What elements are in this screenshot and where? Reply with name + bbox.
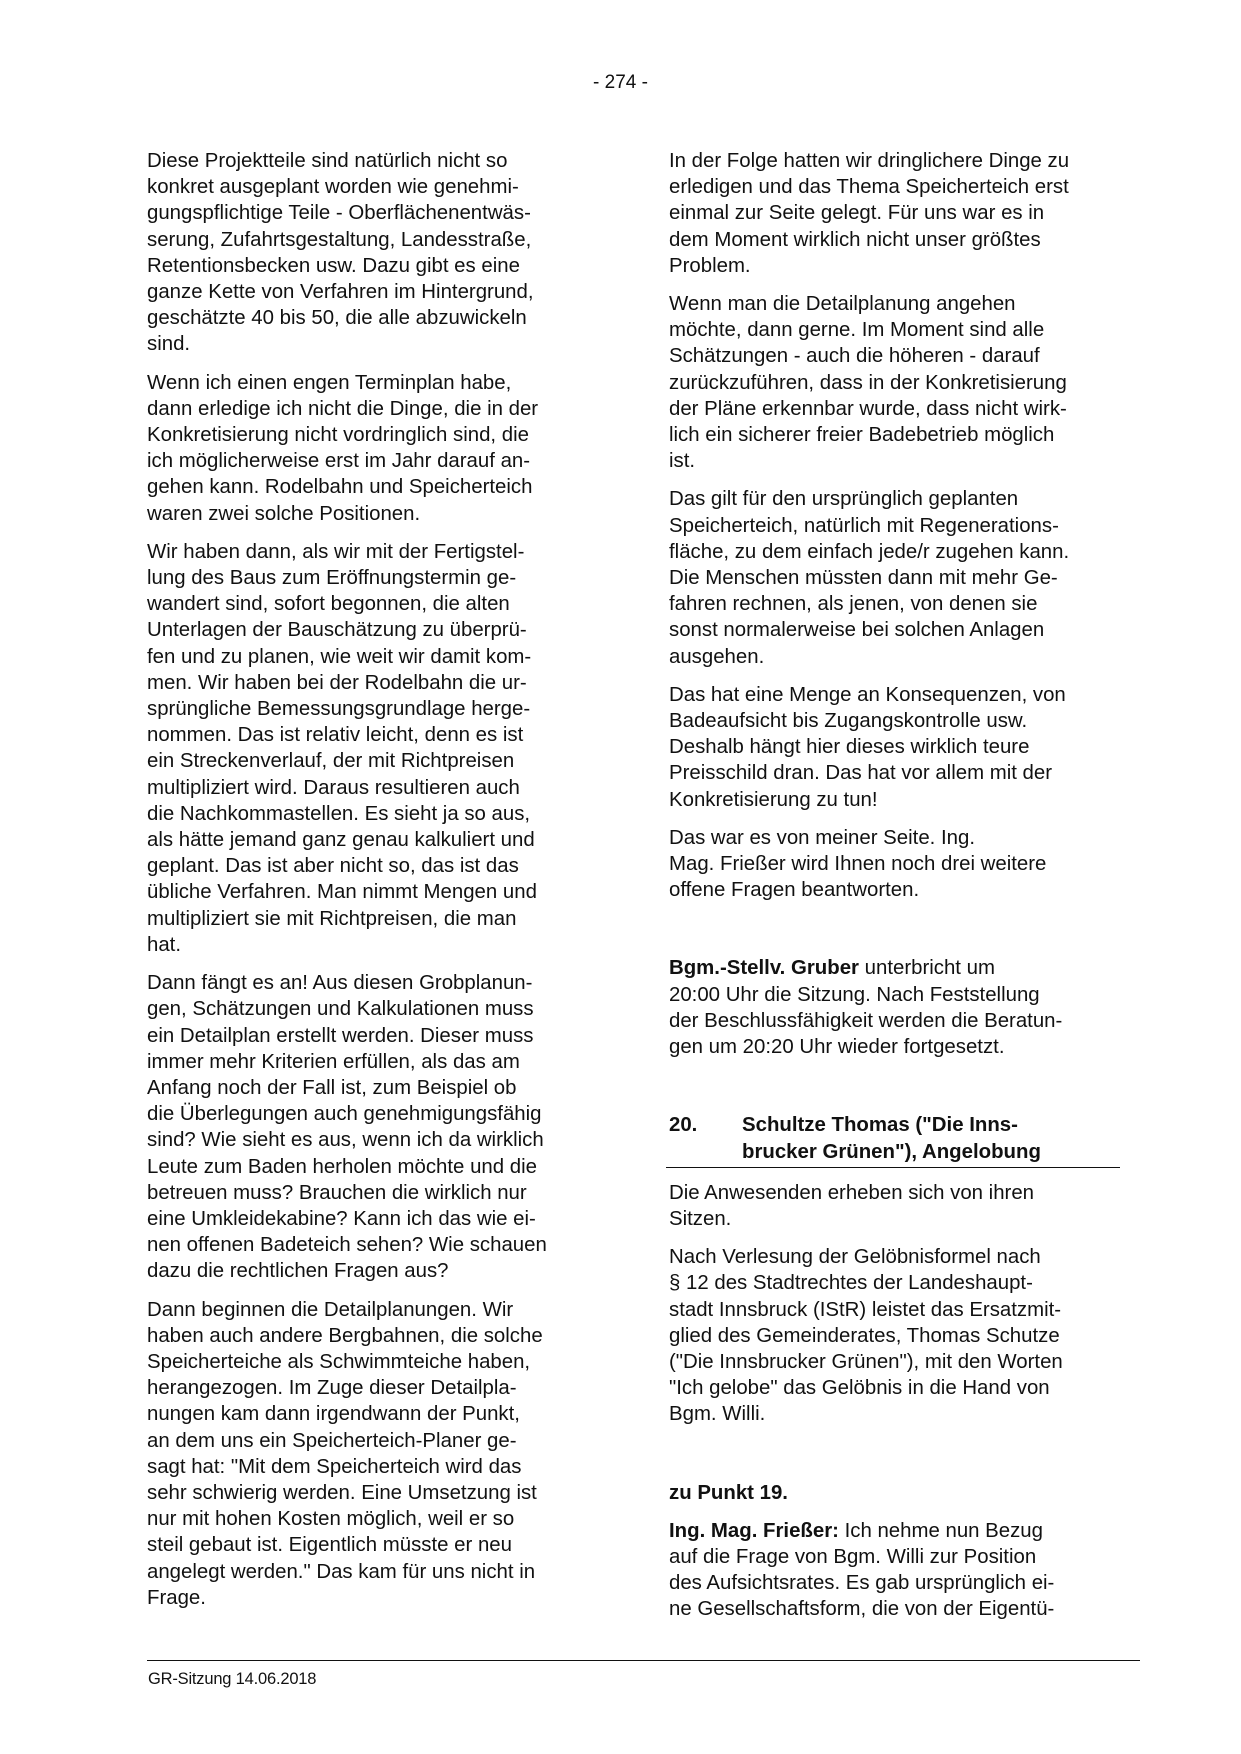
agenda-item-heading: 20. Schultze Thomas ("Die Inns- brucker …: [669, 1112, 1139, 1166]
paragraph: Das war es von meiner Seite. Ing. Mag. F…: [669, 825, 1139, 904]
agenda-item-title: Schultze Thomas ("Die Inns- brucker Grün…: [742, 1112, 1041, 1164]
paragraph: Dann beginnen die Detailplanungen. Wir h…: [147, 1297, 617, 1611]
paragraph: In der Folge hatten wir dringlichere Din…: [669, 148, 1139, 279]
heading-divider: [666, 1167, 1120, 1168]
interruption-note: Bgm.-Stellv. Gruber unterbricht um 20:00…: [669, 955, 1139, 1060]
footer-text: GR-Sitzung 14.06.2018: [148, 1670, 316, 1689]
paragraph: Das hat eine Menge an Konsequenzen, von …: [669, 682, 1139, 813]
agenda-item-number: 20.: [669, 1112, 742, 1164]
speaker-name: Bgm.-Stellv. Gruber: [669, 957, 859, 979]
paragraph: Das gilt für den ursprünglich geplanten …: [669, 486, 1139, 669]
paragraph: Die Anwesenden erheben sich von ihren Si…: [669, 1180, 1139, 1232]
paragraph: Nach Verlesung der Gelöbnisformel nach §…: [669, 1244, 1139, 1427]
paragraph: Dann fängt es an! Aus diesen Grobplanun-…: [147, 970, 617, 1284]
statement: Ing. Mag. Frießer: Ich nehme nun Bezug a…: [669, 1518, 1139, 1623]
footer-divider: [147, 1660, 1140, 1661]
paragraph: Wenn ich einen engen Terminplan habe, da…: [147, 370, 617, 527]
right-column: In der Folge hatten wir dringlichere Din…: [669, 148, 1139, 1635]
spacer: [669, 1440, 1139, 1480]
paragraph: Diese Projektteile sind natürlich nicht …: [147, 148, 617, 358]
page-number: - 274 -: [0, 72, 1241, 94]
spacer: [669, 915, 1139, 955]
paragraph: Wenn man die Detailplanung angehen möcht…: [669, 291, 1139, 474]
spacer: [669, 1072, 1139, 1112]
sub-heading: zu Punkt 19.: [669, 1480, 1139, 1506]
left-column: Diese Projektteile sind natürlich nicht …: [147, 148, 617, 1623]
paragraph: Wir haben dann, als wir mit der Fertigst…: [147, 539, 617, 958]
speaker-name: Ing. Mag. Frießer:: [669, 1520, 839, 1542]
